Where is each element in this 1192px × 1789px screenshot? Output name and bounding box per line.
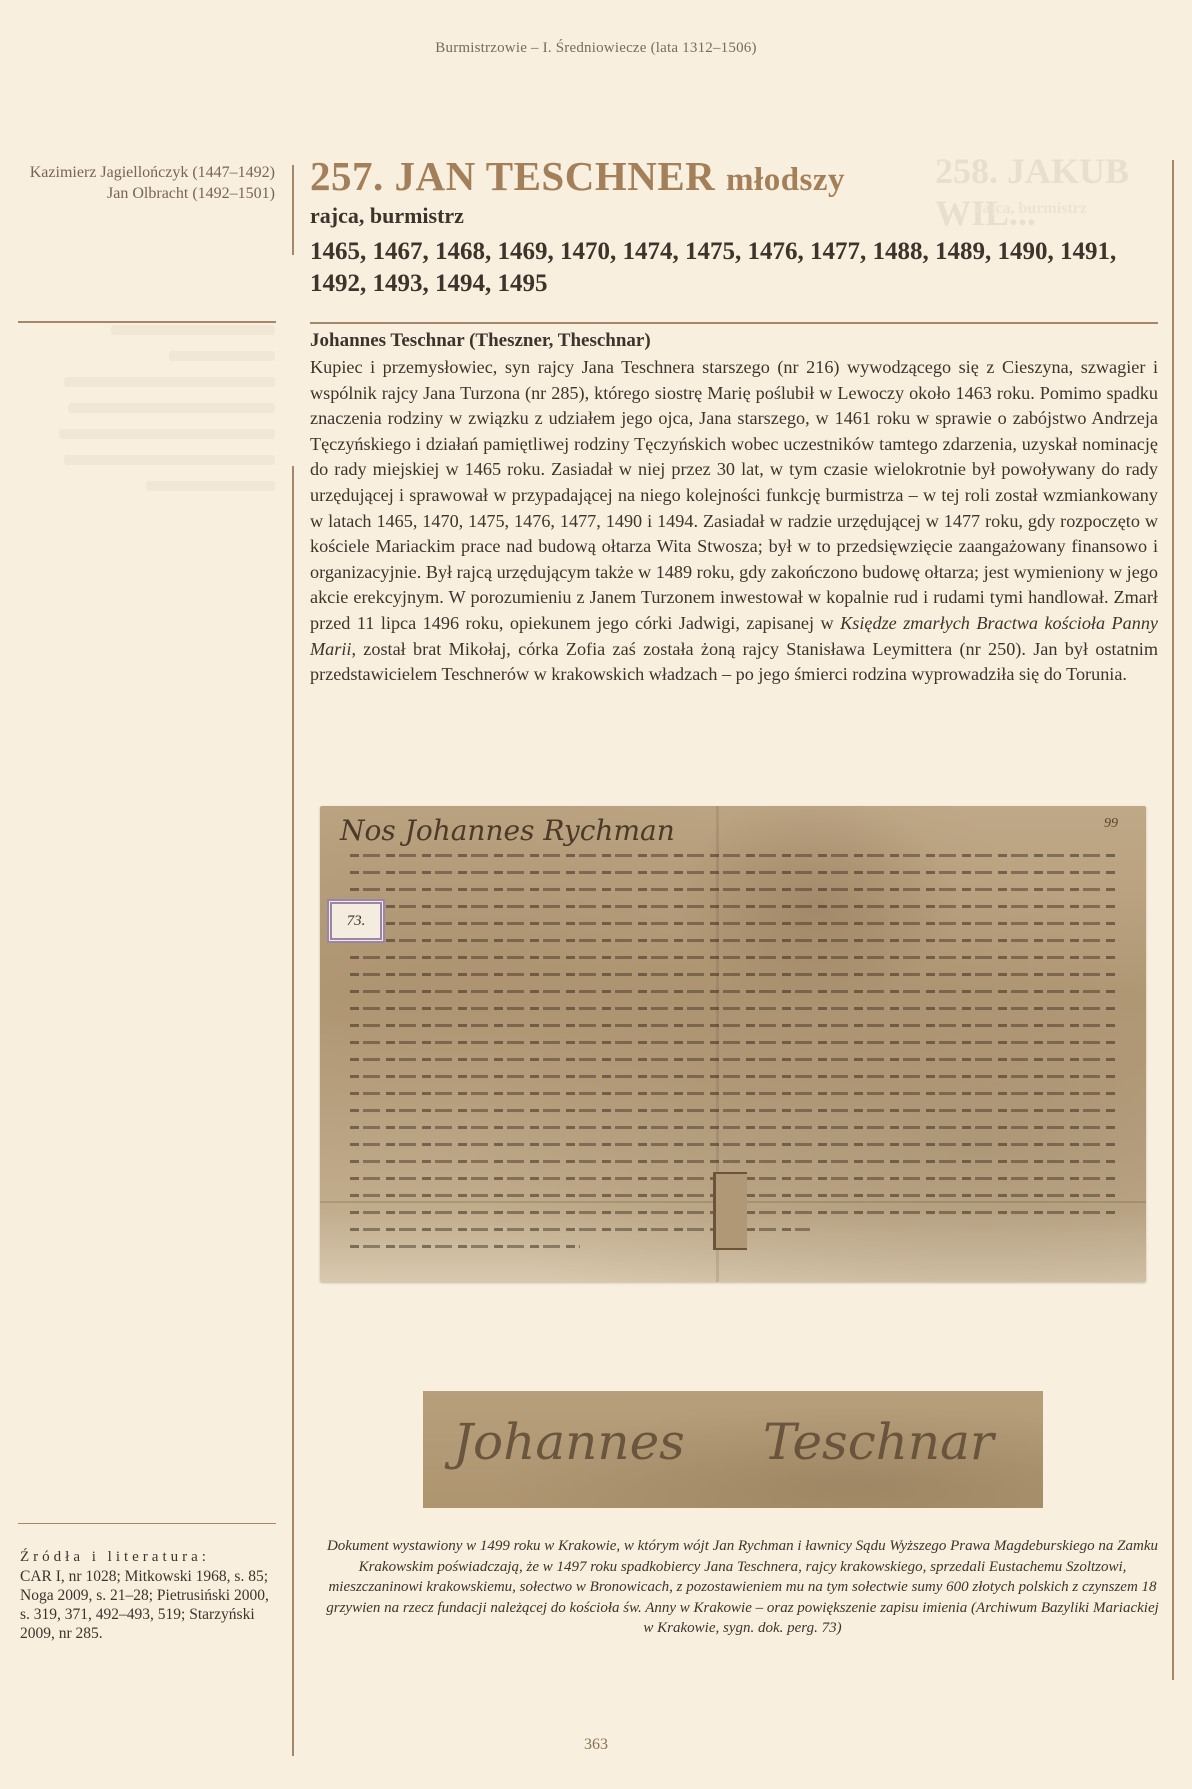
bio-part-1: Kupiec i przemysłowiec, syn rajcy Jana T… — [310, 357, 1158, 633]
ghost-bleedthrough-role: rajca, burmistrz — [975, 200, 1087, 218]
column-divider-bottom — [292, 466, 294, 1756]
bio-part-2: , został brat Mikołaj, córka Zofia zaś z… — [310, 639, 1158, 685]
signature-word-2: Teschnar — [763, 1413, 994, 1471]
signature-detail-image: Johannes Teschnar — [423, 1391, 1043, 1508]
entry-role: rajca, burmistrz — [310, 203, 464, 229]
archive-label: 73. — [327, 899, 385, 943]
sources-divider — [18, 1523, 276, 1524]
sidebar-divider — [18, 321, 276, 323]
page-number: 363 — [0, 1736, 1192, 1754]
ruler-2: Jan Olbracht (1492–1501) — [20, 183, 275, 204]
right-margin-rule — [1172, 160, 1174, 1680]
entry-divider — [310, 322, 1158, 324]
manuscript-image: Nos Johannes Rychman 99 73. — [320, 806, 1146, 1282]
sources: Źródła i literatura: CAR I, nr 1028; Mit… — [20, 1548, 275, 1643]
biography: Kupiec i przemysłowiec, syn rajcy Jana T… — [310, 355, 1158, 688]
manuscript-corner-folio: 99 — [1104, 816, 1118, 832]
figure-caption: Dokument wystawiony w 1499 roku w Krakow… — [320, 1536, 1165, 1639]
manuscript-incipit: Nos Johannes Rychman — [340, 814, 675, 847]
entry-number-name: 257. JAN TESCHNER — [310, 153, 715, 199]
running-head: Burmistrzowie – I. Średniowiecze (lata 1… — [0, 40, 1192, 57]
entry-name-suffix: młodszy — [726, 162, 845, 198]
sidebar-rulers: Kazimierz Jagiellończyk (1447–1492) Jan … — [20, 162, 275, 204]
signature-word-1: Johannes — [453, 1413, 685, 1471]
column-divider-top — [292, 165, 294, 255]
ghost-bleedthrough-lines — [40, 325, 275, 507]
ghost-bleedthrough-title: 258. JAKUB WIL... — [935, 150, 1192, 234]
entry-years: 1465, 1467, 1468, 1469, 1470, 1474, 1475… — [310, 236, 1165, 300]
name-variants: Johannes Teschnar (Theszner, Theschnar) — [310, 330, 651, 352]
entry-title: 257. JAN TESCHNER młodszy — [310, 152, 845, 200]
sources-text: CAR I, nr 1028; Mitkowski 1968, s. 85; N… — [20, 1567, 275, 1643]
sources-heading: Źródła i literatura: — [20, 1548, 275, 1567]
seal-tag — [713, 1172, 747, 1250]
ruler-1: Kazimierz Jagiellończyk (1447–1492) — [20, 162, 275, 183]
